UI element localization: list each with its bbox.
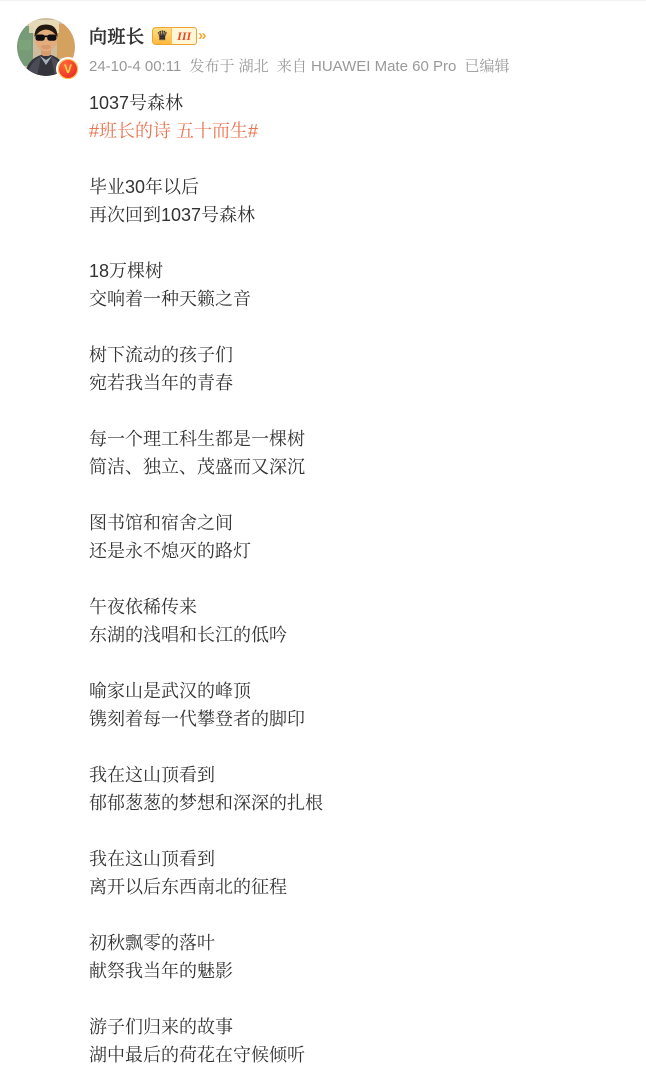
- hashtag-link[interactable]: #班长的诗 五十而生#: [89, 121, 258, 141]
- post-content: 1037号森林 #班长的诗 五十而生# 毕业30年以后 再次回到1037号森林 …: [89, 89, 626, 1069]
- verified-v-icon: V: [58, 59, 78, 79]
- vip-level-badge[interactable]: ♛ III »: [152, 27, 207, 45]
- username[interactable]: 向班长: [89, 23, 145, 49]
- avatar[interactable]: V: [17, 18, 75, 76]
- crown-icon: ♛: [152, 27, 172, 45]
- vip-level-text: III: [171, 27, 197, 45]
- post-location: 发布于 湖北: [189, 58, 268, 75]
- poem-text: 毕业30年以后 再次回到1037号森林 18万棵树 交响着一种天籁之音 树下流动…: [89, 173, 626, 1069]
- weibo-post-card: V 向班长 ♛ III » 24-10-4 00:11 发布于 湖北 来自 HU…: [0, 0, 646, 1072]
- chevron-tail-icon: »: [198, 27, 206, 45]
- post-meta: 24-10-4 00:11 发布于 湖北 来自 HUAWEI Mate 60 P…: [89, 55, 510, 76]
- post-device-link[interactable]: 来自 HUAWEI Mate 60 Pro: [277, 58, 457, 75]
- header-text: 向班长 ♛ III » 24-10-4 00:11 发布于 湖北 来自 HUAW…: [89, 18, 510, 76]
- name-row: 向班长 ♛ III »: [89, 24, 510, 48]
- edited-label[interactable]: 已编辑: [464, 58, 509, 75]
- timestamp: 24-10-4 00:11: [89, 58, 181, 75]
- post-title-line: 1037号森林: [89, 89, 626, 117]
- post-header: V 向班长 ♛ III » 24-10-4 00:11 发布于 湖北 来自 HU…: [0, 1, 646, 76]
